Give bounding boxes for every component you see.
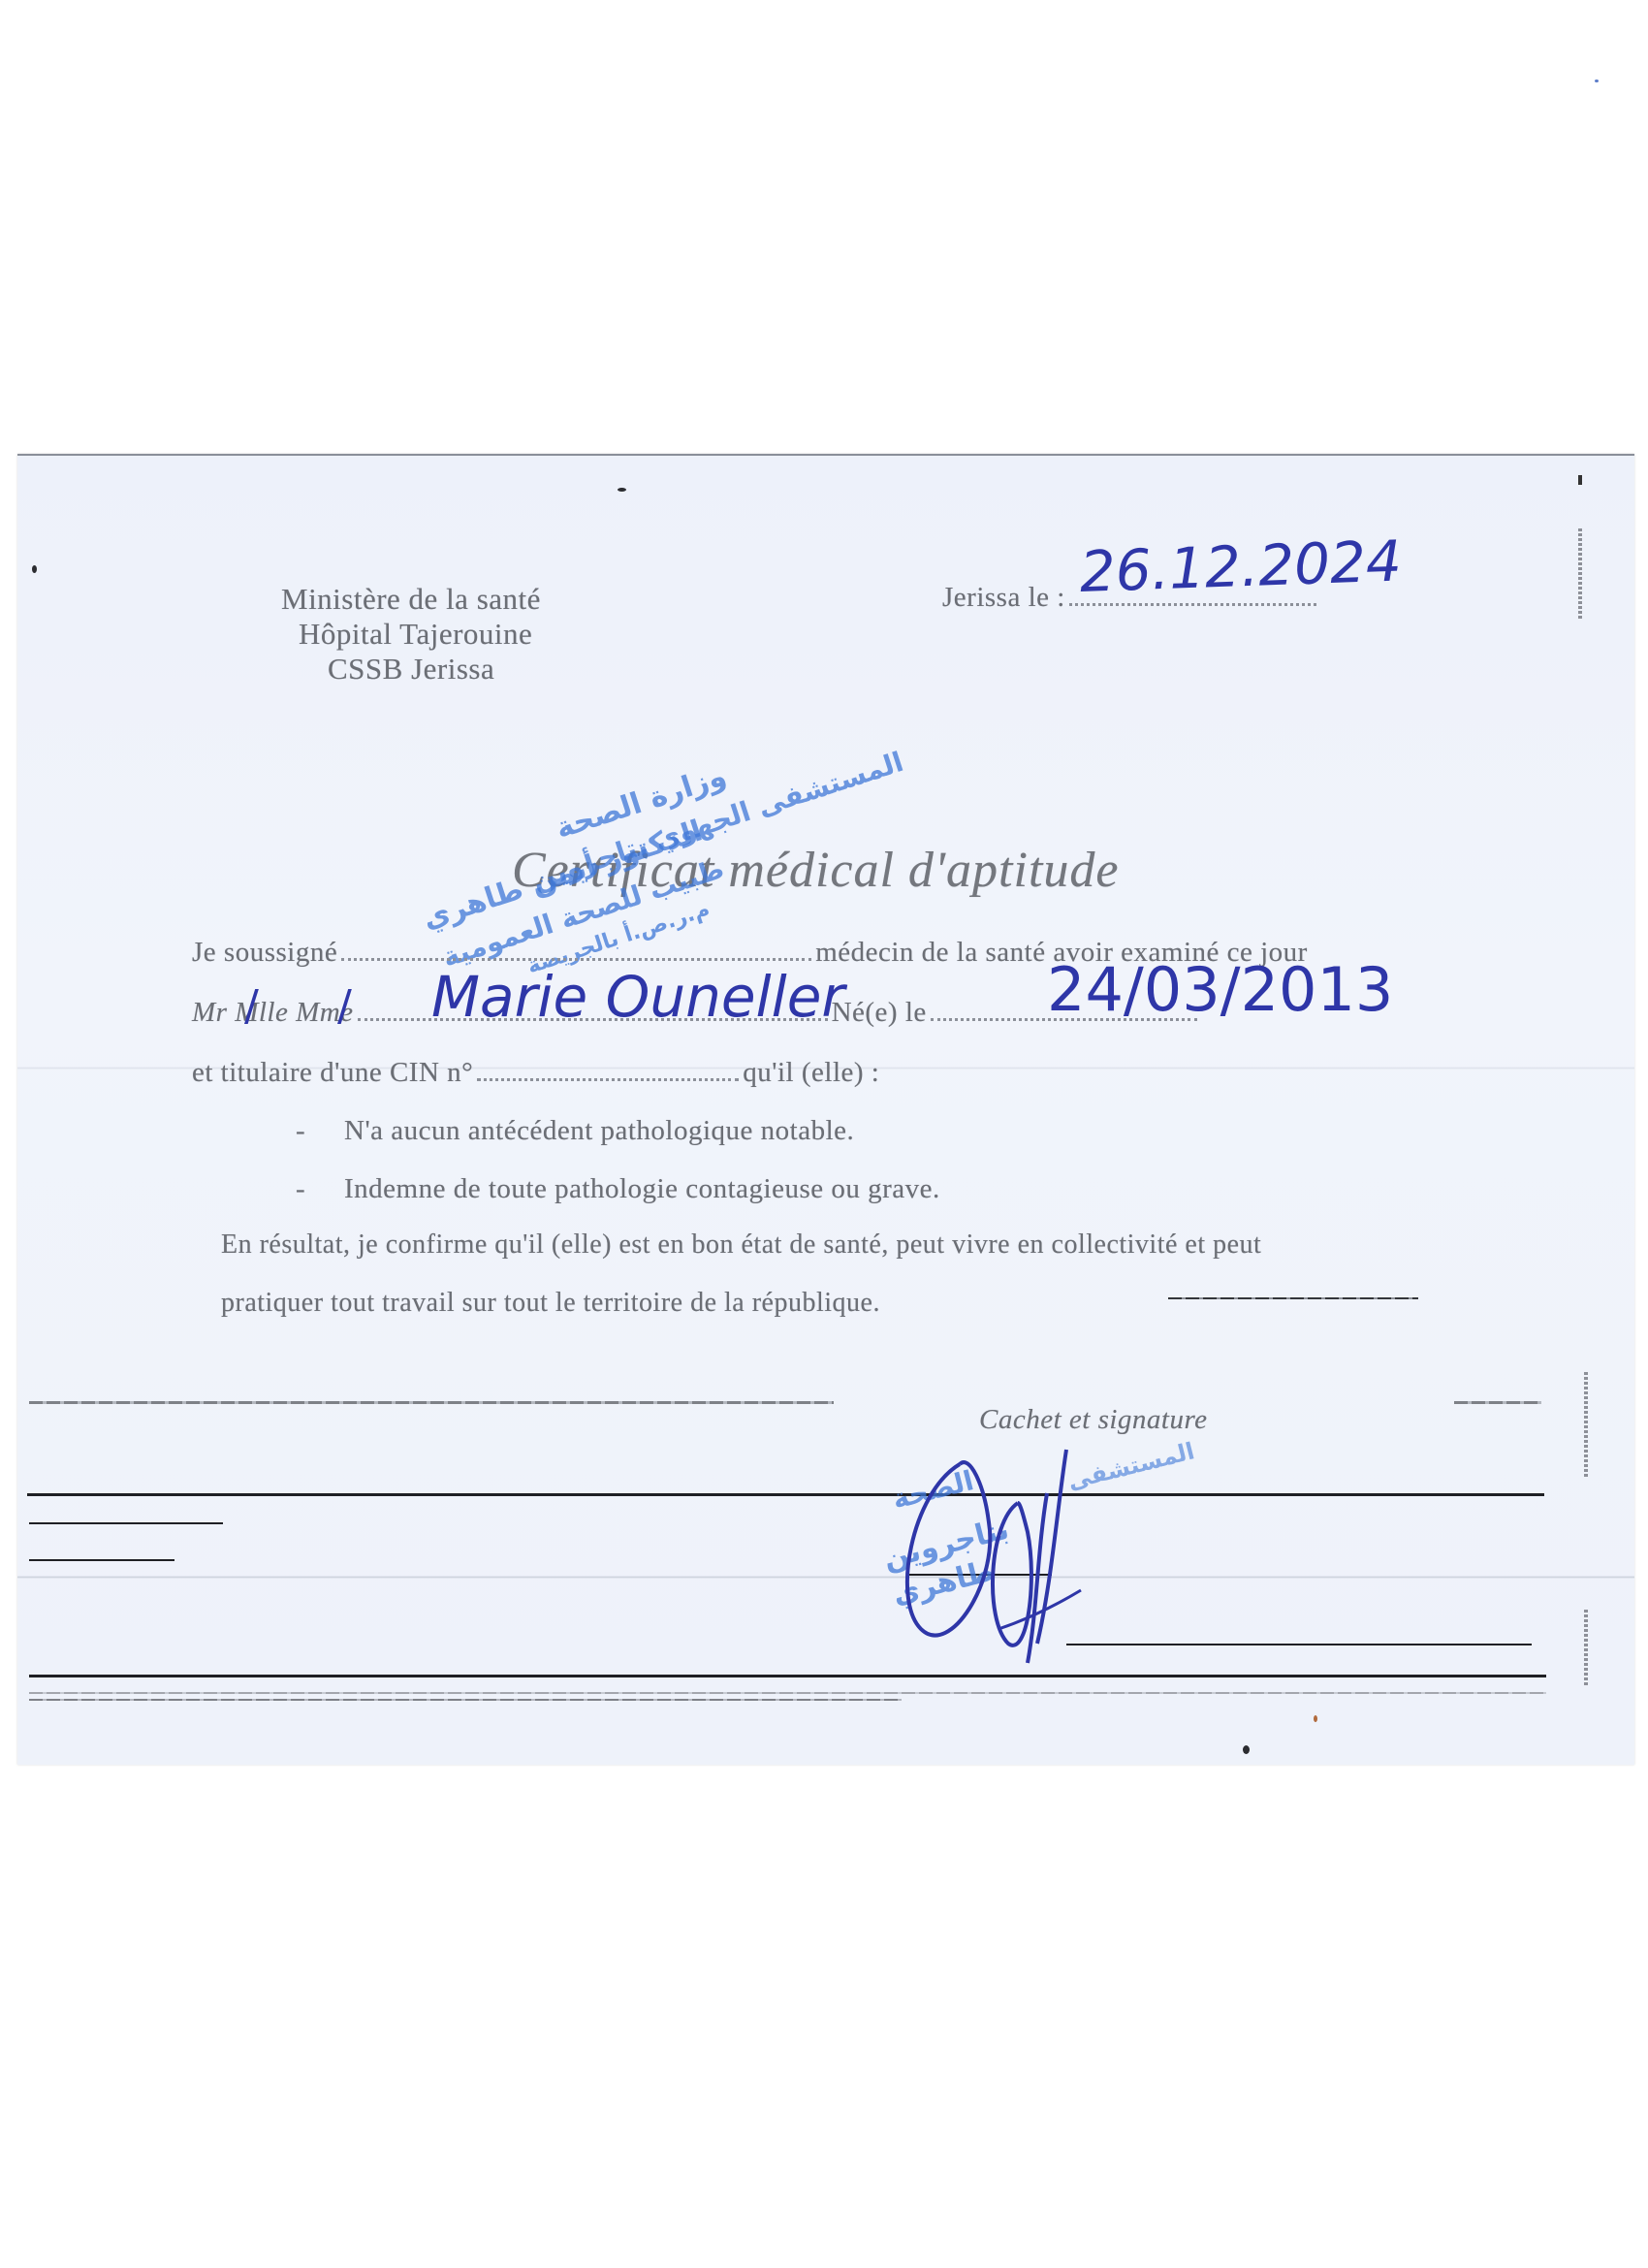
- birthdate-label: Né(e) le: [832, 997, 927, 1028]
- signature-label: Cachet et signature: [979, 1404, 1208, 1436]
- body-line-cin: et titulaire d'une CIN n°qu'il (elle) :: [192, 1057, 879, 1089]
- examiner-dotted-field: [341, 957, 811, 961]
- paper-speck: [1243, 1745, 1250, 1754]
- form-rule: [29, 1559, 174, 1561]
- patient-title-label: Mr Mlle Mme: [192, 997, 354, 1028]
- cin-dotted-field: [477, 1077, 739, 1081]
- paper-speck: [1595, 80, 1599, 82]
- cin-label: et titulaire d'une CIN n°: [192, 1057, 473, 1088]
- artifact-rule: [29, 1699, 902, 1701]
- header-hospital: Hôpital Tajerouine: [299, 617, 532, 652]
- short-rule: [1168, 1297, 1418, 1299]
- handwritten-date: 26.12.2024: [1079, 527, 1403, 605]
- artifact-rule: [29, 1401, 834, 1404]
- scan-streak: [1584, 1610, 1588, 1687]
- conclusion-line-1: En résultat, je confirme qu'il (elle) es…: [221, 1230, 1261, 1261]
- paper-speck: [618, 488, 626, 492]
- date-label-text: Jerissa le :: [942, 582, 1065, 613]
- finding-item: -Indemne de toute pathologie contagieuse…: [296, 1173, 940, 1205]
- strike-mark-mlle: /: [244, 981, 259, 1031]
- header-ministry: Ministère de la santé: [281, 582, 541, 617]
- paper-fold: [17, 1576, 1634, 1579]
- cin-suffix: qu'il (elle) :: [743, 1057, 879, 1088]
- finding-item: -N'a aucun antécédent pathologique notab…: [296, 1115, 854, 1147]
- signature-rule: [1066, 1644, 1532, 1645]
- edge-mark: [1578, 475, 1582, 485]
- scan-streak: [1578, 528, 1582, 621]
- header-center: CSSB Jerissa: [328, 652, 494, 687]
- handwritten-patient-name: Marie Ouneller: [431, 964, 844, 1030]
- bullet-dash: -: [296, 1115, 344, 1147]
- examiner-label: Je soussigné: [192, 937, 337, 968]
- scanned-paper: [17, 454, 1634, 1765]
- artifact-rule: [1454, 1401, 1541, 1404]
- conclusion-line-2: pratiquer tout travail sur tout le terri…: [221, 1288, 880, 1319]
- handwritten-signature: [892, 1435, 1125, 1668]
- paper-speck: [1314, 1715, 1317, 1722]
- scan-streak: [1584, 1372, 1588, 1479]
- handwritten-birthdate: 24/03/2013: [1047, 954, 1393, 1025]
- finding-text: N'a aucun antécédent pathologique notabl…: [344, 1115, 854, 1146]
- form-rule: [29, 1675, 1546, 1677]
- paper-speck: [32, 565, 37, 573]
- bullet-dash: -: [296, 1173, 344, 1205]
- strike-mark-mme: /: [337, 981, 352, 1031]
- artifact-rule: [29, 1692, 1546, 1694]
- form-rule: [29, 1522, 223, 1524]
- finding-text: Indemne de toute pathologie contagieuse …: [344, 1173, 940, 1204]
